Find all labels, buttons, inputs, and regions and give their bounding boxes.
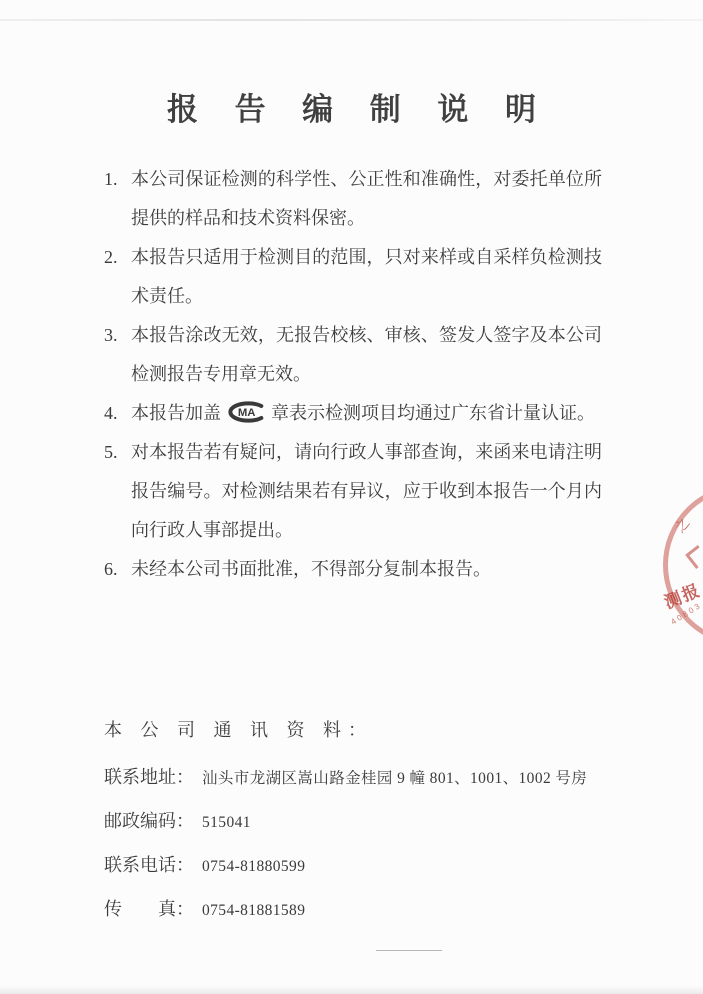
notes-list: 1. 本公司保证检测的科学性、公正性和准确性，对委托单位所提供的样品和技术资料保… xyxy=(104,160,602,589)
note-item-2: 2. 本报告只适用于检测目的范围，只对来样或自采样负检测技术责任。 xyxy=(104,238,602,316)
scan-artifact-top-line xyxy=(0,19,703,21)
note-text: 对本报告若有疑问，请向行政人事部查询，来函来电请注明报告编号。对检测结果若有异议… xyxy=(131,433,602,550)
contact-label: 邮政编码： xyxy=(104,807,194,833)
note-item-4: 4. 本报告加盖MA章表示检测项目均通过广东省计量认证。 xyxy=(104,394,602,433)
note-number: 6. xyxy=(104,550,131,589)
contact-heading: 本 公 司 通 讯 资 料： xyxy=(104,716,587,742)
red-seal-stamp: 之 测报 40803 xyxy=(663,484,703,646)
note-item-1: 1. 本公司保证检测的科学性、公正性和准确性，对委托单位所提供的样品和技术资料保… xyxy=(104,160,602,238)
scan-artifact-bottom-mark xyxy=(376,950,442,951)
cma-logo-text: MA xyxy=(238,407,256,419)
contact-row-phone: 联系电话： 0754-81880599 xyxy=(104,851,587,877)
note-number: 3. xyxy=(104,316,131,394)
note-text: 本报告只适用于检测目的范围，只对来样或自采样负检测技术责任。 xyxy=(131,238,602,316)
stamp-partial-glyph xyxy=(685,545,703,569)
scan-artifact-bottom-shade xyxy=(0,985,703,994)
note-number: 4. xyxy=(104,394,131,433)
contact-row-address: 联系地址： 汕头市龙湖区嵩山路金桂园 9 幢 801、1001、1002 号房 xyxy=(104,763,587,789)
note-item-3: 3. 本报告涂改无效，无报告校核、审核、签发人签字及本公司检测报告专用章无效。 xyxy=(104,316,602,394)
stamp-arc-text: 之 xyxy=(670,513,694,536)
contact-label: 传 真： xyxy=(104,895,194,921)
note-item-6: 6. 未经本公司书面批准，不得部分复制本报告。 xyxy=(104,550,602,589)
note-number: 2. xyxy=(104,238,131,316)
note-text: 未经本公司书面批准，不得部分复制本报告。 xyxy=(131,550,602,589)
contact-value: 515041 xyxy=(202,814,251,832)
note-text: 本公司保证检测的科学性、公正性和准确性，对委托单位所提供的样品和技术资料保密。 xyxy=(131,160,602,238)
note-text-after-logo: 章表示检测项目均通过广东省计量认证。 xyxy=(271,403,595,423)
contact-label: 联系地址： xyxy=(104,763,194,789)
note-number: 1. xyxy=(104,160,131,238)
contact-value: 0754-81881589 xyxy=(202,902,305,920)
note-text: 本报告加盖MA章表示检测项目均通过广东省计量认证。 xyxy=(131,394,602,433)
contact-value: 0754-81880599 xyxy=(202,858,305,876)
contact-value: 汕头市龙湖区嵩山路金桂园 9 幢 801、1001、1002 号房 xyxy=(202,766,587,788)
note-text-before-logo: 本报告加盖 xyxy=(131,403,221,423)
cma-certification-icon: MA xyxy=(226,400,266,424)
contact-row-fax: 传 真： 0754-81881589 xyxy=(104,895,587,921)
document-page: 报 告 编 制 说 明 1. 本公司保证检测的科学性、公正性和准确性，对委托单位… xyxy=(0,0,703,994)
note-item-5: 5. 对本报告若有疑问，请向行政人事部查询，来函来电请注明报告编号。对检测结果若… xyxy=(104,433,602,550)
note-text: 本报告涂改无效，无报告校核、审核、签发人签字及本公司检测报告专用章无效。 xyxy=(131,316,602,394)
contact-row-postcode: 邮政编码： 515041 xyxy=(104,807,587,833)
contact-label: 联系电话： xyxy=(104,851,194,877)
page-title: 报 告 编 制 说 明 xyxy=(0,84,703,129)
note-number: 5. xyxy=(104,433,131,550)
contact-section: 本 公 司 通 讯 资 料： 联系地址： 汕头市龙湖区嵩山路金桂园 9 幢 80… xyxy=(104,716,587,939)
